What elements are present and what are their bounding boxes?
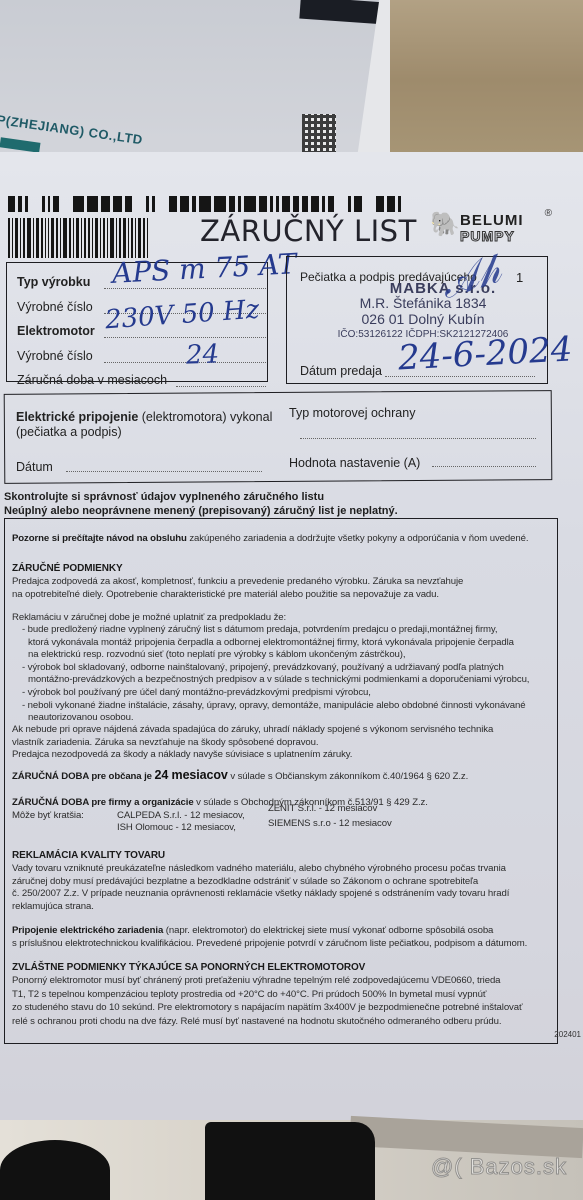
brand-zenit: ZENIT S.r.l. - 12 mesiacov [268, 803, 377, 814]
connection-label-bold: Elektrické pripojenie [16, 410, 138, 424]
terms-intro-rest: zakúpeného zariadenia a dodržujte všetky… [187, 533, 529, 544]
stamp-mark: 1 [516, 270, 523, 285]
connection-label: Elektrické pripojenie (elektromotora) vy… [16, 410, 272, 424]
connection-terms-rest: (napr. elektromotor) do elektrickej siet… [163, 925, 493, 936]
qr-code-icon [302, 114, 336, 154]
product-field-line[interactable] [104, 362, 266, 363]
citizen-warranty: ZÁRUČNÁ DOBA pre občana je 24 mesiacov v… [12, 768, 468, 782]
connection-label-rest: (elektromotora) vykonal [138, 410, 272, 424]
stamp-street: M.R. Štefánika 1834 [318, 295, 528, 311]
claim-condition-line: montážno-prevádzkových a bezpečnostných … [28, 674, 529, 685]
bazos-watermark: @( Bazos.sk [431, 1154, 567, 1180]
claim-condition-line: na elektrickú resp. rozvodnú sieť (toto … [28, 649, 405, 660]
setting-value-line[interactable] [432, 466, 536, 467]
claim-condition-line: - bude predložený riadne vyplnený záručn… [22, 624, 498, 635]
claim-condition-line: ktorá vykonávala montáž pripojenia čerpa… [28, 637, 514, 648]
brand-siemens: SIEMENS s.r.o - 12 mesiacov [268, 818, 392, 829]
conditions-line: na opotrebiteľné diely. Opotrebenie char… [12, 589, 439, 600]
terms-after-line: Predajca nezodpovedá za škody a náklady … [12, 749, 352, 760]
background-dark-object [0, 1140, 110, 1200]
brand-calpeda: CALPEDA S.r.l. - 12 mesiacov, [117, 810, 245, 821]
warning-invalid: Neúplný alebo neoprávnene menený (prepis… [4, 505, 398, 517]
connection-terms-line1: Pripojenie elektrického zariadenia (napr… [12, 925, 493, 936]
quality-line: č. 250/2007 Z.z. V prípade neuznania opr… [12, 888, 509, 899]
claim-condition-line: - výrobok bol používaný pre účel daný mo… [22, 687, 371, 698]
terms-after-line: Ak nebude pri oprave nájdená závada spad… [12, 724, 493, 735]
quality-line: Vady tovaru vzniknuté preukázateľne násl… [12, 863, 506, 874]
special-condition-line: zo studeného stavu do 10 sekúnd. Pre ele… [12, 1002, 523, 1013]
citizen-warranty-months: 24 mesiacov [154, 768, 227, 782]
company-warranty-bold: ZÁRUČNÁ DOBA [12, 797, 89, 808]
logo-brand-top: BELUMI [460, 212, 524, 229]
terms-intro: Pozorne si prečítajte návod na obsluhu z… [12, 533, 528, 544]
connection-date-line[interactable] [66, 471, 262, 472]
product-field-label: Výrobné číslo [17, 300, 93, 314]
citizen-warranty-bold: ZÁRUČNÁ DOBA [12, 771, 89, 782]
citizen-warranty-mid: pre občana je [89, 771, 155, 782]
claim-condition-line: neautorizovanou osobou. [28, 712, 133, 723]
shorter-label: Môže byť kratšia: [12, 810, 84, 821]
quality-line: záručnej doby musí predávajúci bezplatne… [12, 876, 478, 887]
setting-value-label: Hodnota nastavenie (A) [289, 456, 420, 470]
special-heading: ZVLÁŠTNE PODMIENKY TÝKAJÚCE SA PONORNÝCH… [12, 962, 365, 973]
product-field-line[interactable] [104, 337, 266, 338]
terms-after-line: vlastník zariadenia. Záruka sa nevzťahuj… [12, 737, 318, 748]
background-wood-table [390, 0, 583, 160]
stamp-city: 026 01 Dolný Kubín [318, 311, 528, 327]
terms-intro-bold: Pozorne si prečítajte návod na obsluhu [12, 533, 187, 544]
product-field-value[interactable]: 24 [185, 339, 219, 370]
background-dark-object [205, 1122, 375, 1200]
special-condition-line: Ponorný elektromotor musí byť chránený p… [12, 975, 500, 986]
claim-condition-line: - výrobok bol skladovaný, odborne nainšt… [22, 662, 504, 673]
page-title: ZÁRUČNÝ LIST [200, 214, 417, 248]
warning-check: Skontrolujte si správnosť údajov vyplnen… [4, 491, 324, 503]
connection-terms-bold: Pripojenie elektrického zariadenia [12, 925, 163, 936]
quality-heading: REKLAMÁCIA KVALITY TOVARU [12, 850, 165, 861]
claim-intro: Reklamáciu v záručnej dobe je možné upla… [12, 612, 286, 623]
quality-line: reklamujúca strana. [12, 901, 94, 912]
product-field-label: Typ výrobku [17, 275, 90, 289]
connection-date-label: Dátum [16, 460, 53, 474]
special-condition-line: relé s ochranou proti chodu na dve fázy.… [12, 1016, 501, 1027]
elephant-icon: 🐘 [430, 210, 460, 239]
product-field-label: Záručná doba v mesiacoch [17, 373, 167, 387]
product-field-label: Výrobné číslo [17, 349, 93, 363]
company-warranty-mid: pre firmy a organizácie [89, 797, 194, 808]
conditions-heading: ZÁRUČNÉ PODMIENKY [12, 563, 123, 574]
special-condition-line: T1, T2 s tepelnou kompenzáciou teploty p… [12, 989, 486, 1000]
belumi-logo: 🐘 BELUMI PUMPY ® [430, 208, 550, 246]
conditions-line: Predajca zodpovedá za akosť, kompletnosť… [12, 576, 463, 587]
brand-ish: ISH Olomouc - 12 mesiacov, [117, 822, 236, 833]
product-field-line[interactable] [176, 386, 266, 387]
claim-condition-line: - neboli vykonané žiadne inštalácie, zás… [22, 700, 525, 711]
citizen-warranty-rest: v súlade s Občianskym zákonníkom č.40/19… [228, 771, 468, 782]
document-number: 202401 [554, 1030, 581, 1039]
sale-date-label: Dátum predaja [300, 364, 382, 378]
product-field-label: Elektromotor [17, 324, 95, 338]
protection-type-label: Typ motorovej ochrany [289, 406, 415, 420]
logo-brand-bottom: PUMPY [460, 228, 515, 244]
barcode-icon [8, 218, 172, 258]
registered-mark: ® [545, 208, 552, 219]
connection-terms-line2: s príslušnou elektrotechnickou kvalifiká… [12, 938, 527, 949]
connection-label-line2: (pečiatka a podpis) [16, 425, 122, 439]
protection-type-line[interactable] [300, 438, 536, 439]
